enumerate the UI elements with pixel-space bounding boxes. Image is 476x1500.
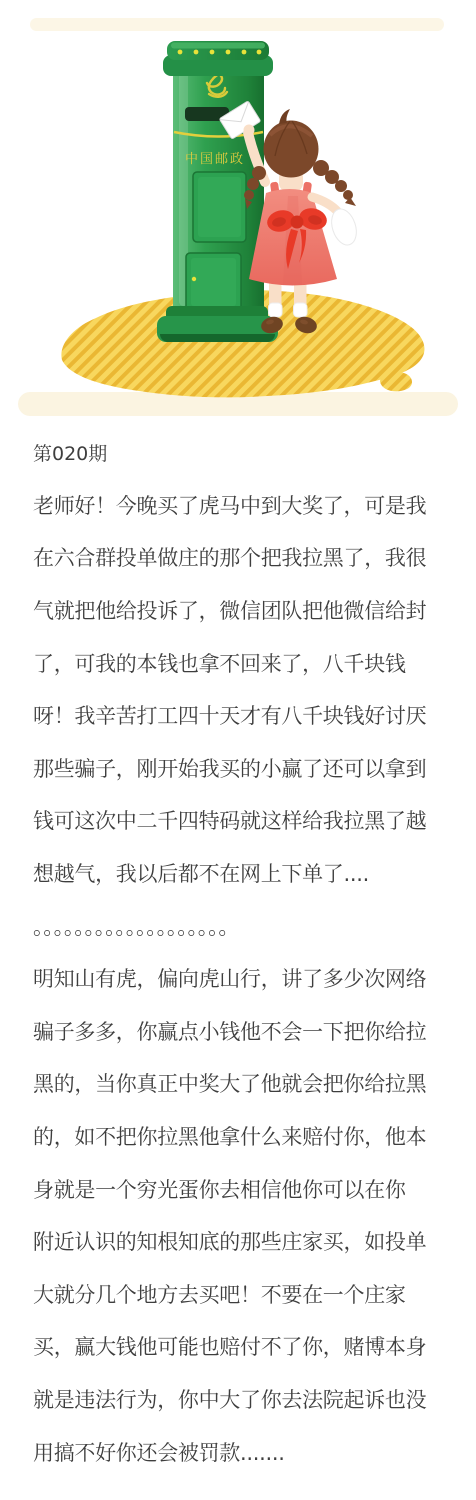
paragraph-line: 的，如不把你拉黑他拿什么来赔付你，他本 — [33, 1110, 470, 1163]
paragraph-line: 气就把他给投诉了，微信团队把他微信给封 — [33, 584, 470, 637]
paragraph-line: 附近认识的知根知底的那些庄家买，如投单 — [33, 1215, 470, 1268]
article-text: 第020期 老师好！今晚买了虎马中到大奖了，可是我 在六合群投单做庄的那个把我拉… — [33, 426, 470, 1478]
cream-band-top — [30, 18, 444, 31]
paragraph-line: 骗子多多，你赢点小钱他不会一下把你给拉 — [33, 1005, 470, 1058]
paragraph-line: 用搞不好你还会被罚款....... — [33, 1425, 470, 1478]
paragraph-line: 那些骗子，刚开始我买的小赢了还可以拿到 — [33, 742, 470, 795]
dots-separator: 。。。。。。。。。。。。。。。。。。。 — [33, 899, 470, 952]
paragraph-line: 呀！我辛苦打工四十天才有八千块钱好讨厌 — [33, 689, 470, 742]
postbox-graphic: 中国邮政 — [157, 41, 278, 342]
article-page: 中国邮政 — [0, 0, 476, 1500]
paragraph-line: 在六合群投单做庄的那个把我拉黑了，我很 — [33, 531, 470, 584]
paragraph-line: 黑的，当你真正中奖大了他就会把你给拉黑 — [33, 1057, 470, 1110]
header-illustration: 中国邮政 — [0, 0, 476, 430]
paragraph-line: 身就是一个穷光蛋你去相信他你可以在你 — [33, 1162, 470, 1215]
paragraph-line: 了，可我的本钱也拿不回来了，八千块钱 — [33, 636, 470, 689]
issue-number: 第020期 — [33, 426, 470, 479]
paragraph-line: 老师好！今晚买了虎马中到大奖了，可是我 — [33, 479, 470, 532]
mailbox-label: 中国邮政 — [185, 151, 245, 167]
paragraph-line: 钱可这次中二千四特码就这样给我拉黑了越 — [33, 794, 470, 847]
paragraph-line: 就是违法行为，你中大了你去法院起诉也没 — [33, 1373, 470, 1426]
paragraph-line: 想越气，我以后都不在网上下单了.... — [33, 847, 470, 900]
paragraph-line: 买，赢大钱他可能也赔付不了你，赌博本身 — [33, 1320, 470, 1373]
paragraph-line: 大就分几个地方去买吧！不要在一个庄家 — [33, 1268, 470, 1321]
paragraph-line: 明知山有虎，偏向虎山行，讲了多少次网络 — [33, 952, 470, 1005]
